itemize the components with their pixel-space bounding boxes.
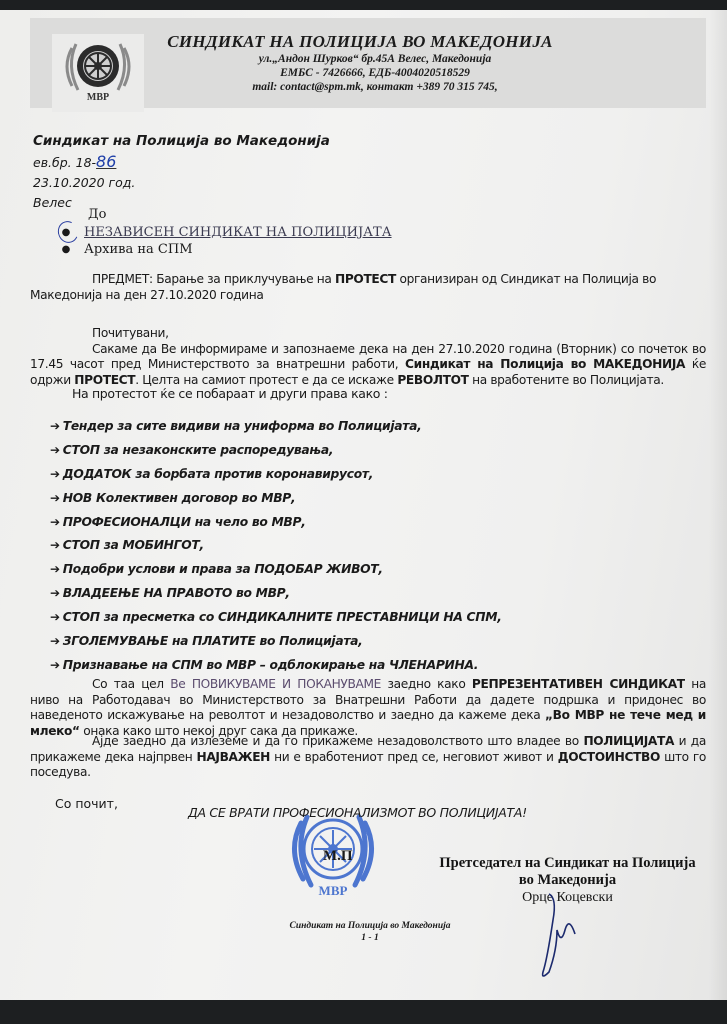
salutation: Почитувани, [30, 326, 706, 342]
demand-item: ➔ПРОФЕСИОНАЛЦИ на чело во МВР, [50, 511, 502, 535]
arrow-right-icon: ➔ [50, 610, 60, 624]
arrow-right-icon: ➔ [50, 443, 60, 457]
arrow-right-icon: ➔ [50, 586, 60, 600]
subject-line: ПРЕДМЕТ: Барање за приклучување на ПРОТЕ… [30, 272, 706, 303]
stamp-label: М.П [323, 848, 353, 865]
page-footer: Синдикат на Полиција во Македонија 1 - 1 [270, 920, 470, 944]
arrow-right-icon: ➔ [50, 658, 60, 672]
arrow-right-icon: ➔ [50, 467, 60, 481]
demand-item: ➔СТОП за пресметка со СИНДИКАЛНИТЕ ПРЕСТ… [50, 606, 502, 630]
demand-item: ➔ЗГОЛЕМУВАЊЕ на ПЛАТИТЕ во Полицијата, [50, 630, 502, 654]
arrow-right-icon: ➔ [50, 634, 60, 648]
demand-item: ➔ВЛАДЕЕЊЕ НА ПРАВОТО во МВР, [50, 582, 502, 606]
svg-text:МВР: МВР [87, 92, 109, 103]
sender-name: Синдикат на Полиција во Македонија [33, 130, 330, 152]
recipient-item: ● Архива на СПМ [48, 241, 392, 258]
demand-item: ➔СТОП за незаконските распоредувања, [50, 439, 502, 463]
arrow-right-icon: ➔ [50, 491, 60, 505]
bullet-icon: ● [48, 241, 84, 258]
demand-item: ➔СТОП за МОБИНГОТ, [50, 534, 502, 558]
svg-text:МВР: МВР [319, 883, 348, 898]
demand-item: ➔Тендер за сите видиви на униформа во По… [50, 415, 502, 439]
letter-date: 23.10.2020 год. [33, 173, 330, 193]
paragraph-3: Ајде заедно да излеземе и да го прикажем… [30, 734, 706, 781]
demands-list: ➔Тендер за сите видиви на униформа во По… [50, 415, 502, 678]
arrow-right-icon: ➔ [50, 562, 60, 576]
org-address: ул.„Андон Шурков“ бр.45А Велес, Македони… [150, 52, 570, 66]
page-number: 1 - 1 [270, 932, 470, 944]
regards: Со почит, [55, 796, 118, 811]
arrow-right-icon: ➔ [50, 538, 60, 552]
letterhead-text: СИНДИКАТ НА ПОЛИЦИЈА ВО МАКЕДОНИЈА ул.„А… [150, 32, 570, 94]
letter-page: МВР СИНДИКАТ НА ПОЛИЦИЈА ВО МАКЕДОНИЈА у… [0, 10, 727, 1000]
demand-item: ➔Признавање на СПМ во МВР – одблокирање … [50, 654, 502, 678]
arrow-right-icon: ➔ [50, 419, 60, 433]
paragraph-2: Со таа цел Ве ПОВИКУВАМЕ И ПОКАНУВАМЕ за… [30, 677, 706, 739]
bullet-icon: ● [48, 224, 84, 241]
intro-paragraph: Почитувани, Сакаме да Ве информираме и з… [30, 326, 706, 388]
signatory-title: Претседател на Синдикат на Полиција [430, 855, 705, 872]
recipient-item: ● НЕЗАВИСЕН СИНДИКАТ НА ПОЛИЦИЈАТА [48, 224, 392, 241]
demands-intro: На протестот ќе се побараат и други прав… [72, 386, 727, 402]
recipients: До ● НЕЗАВИСЕН СИНДИКАТ НА ПОЛИЦИЈАТА ● … [48, 206, 392, 258]
handwritten-number: 86 [96, 152, 116, 171]
demand-item: ➔ДОДАТОК за борбата против коронавирусот… [50, 463, 502, 487]
demand-item: ➔НОВ Колективен договор во МВР, [50, 487, 502, 511]
arrow-right-icon: ➔ [50, 515, 60, 529]
handwritten-signature-icon [535, 890, 595, 985]
org-name: СИНДИКАТ НА ПОЛИЦИЈА ВО МАКЕДОНИЈА [150, 32, 570, 52]
signatory-title-2: во Македонија [430, 872, 705, 889]
paragraph-1: Сакаме да Ве информираме и запознаеме де… [30, 342, 706, 389]
letter-meta: Синдикат на Полиција во Македонија ев.бр… [33, 130, 330, 213]
to-label: До [48, 206, 392, 224]
reference-number: ев.бр. 18-86 [33, 152, 330, 173]
footer-org-name: Синдикат на Полиција во Македонија [270, 920, 470, 932]
demand-item: ➔Подобри услови и права за ПОДОБАР ЖИВОТ… [50, 558, 502, 582]
org-ids: ЕМБС - 7426666, ЕДБ-4004020518529 [150, 66, 570, 80]
org-contact: mail: contact@spm.mk, контакт +389 70 31… [150, 80, 570, 94]
motto: ДА СЕ ВРАТИ ПРОФЕСИОНАЛИЗМОТ ВО ПОЛИЦИЈА… [188, 805, 527, 820]
